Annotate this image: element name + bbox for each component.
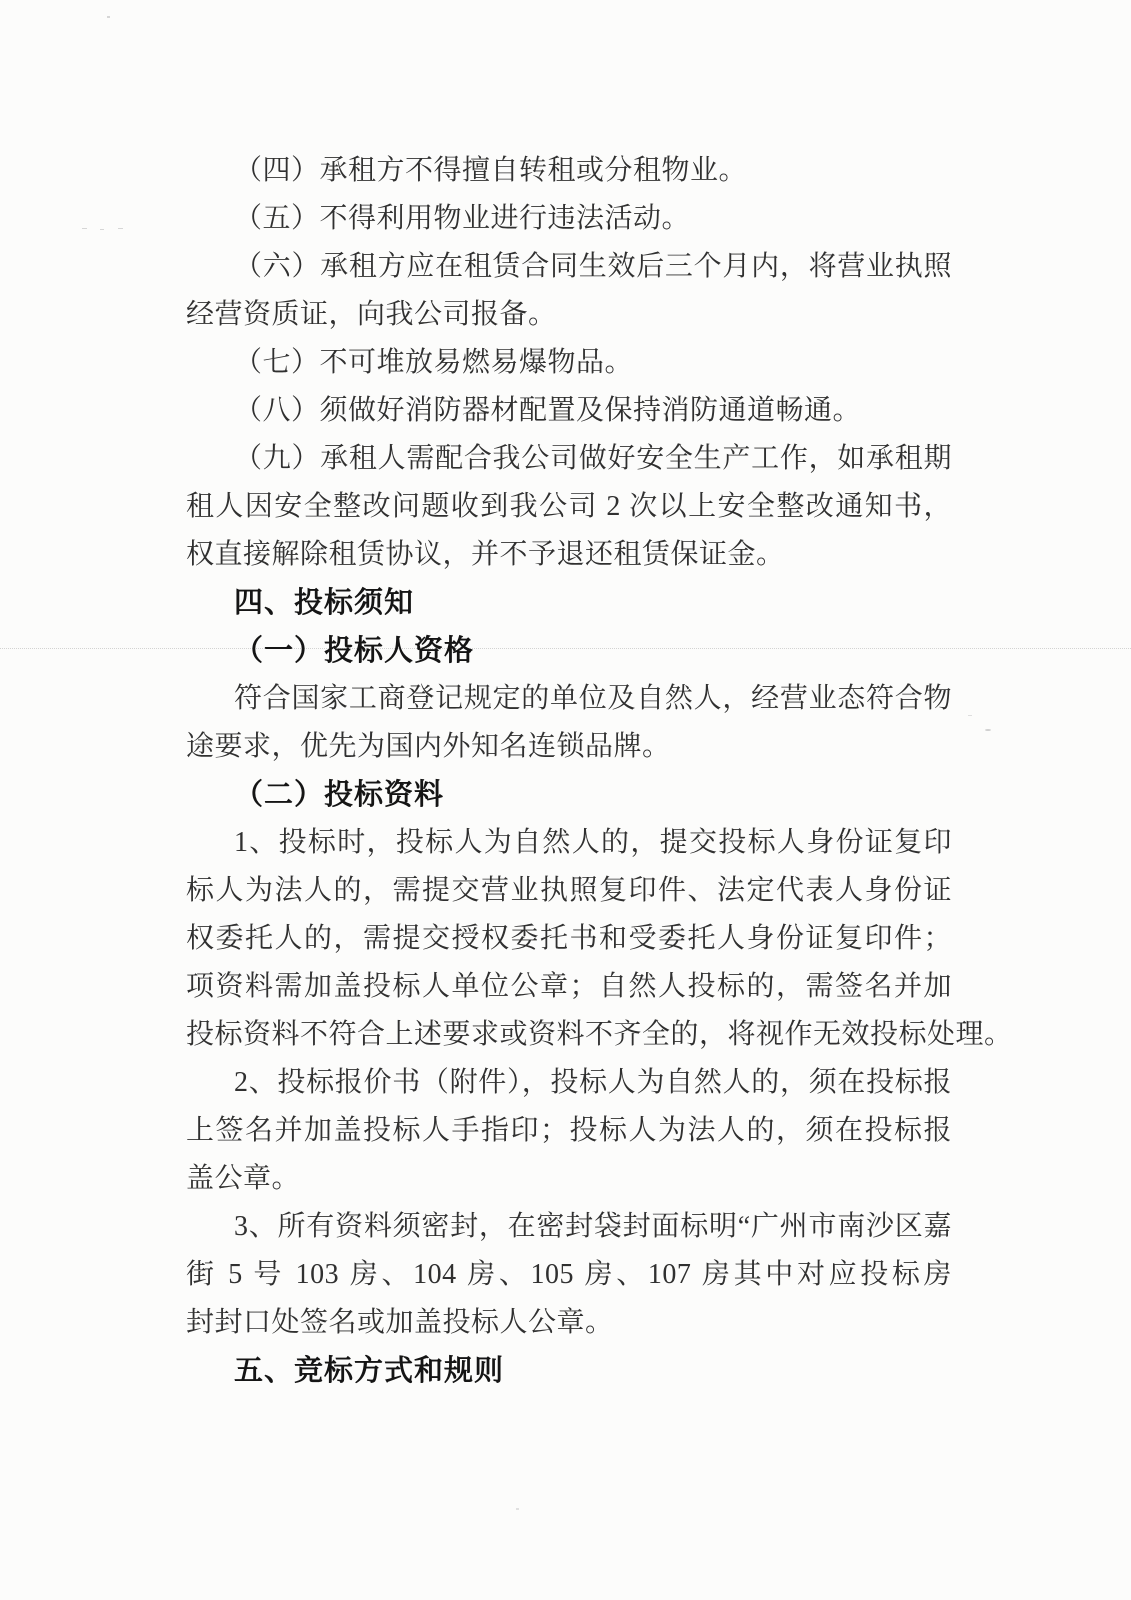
subsection-heading-1: （一）投标人资格 <box>186 627 952 675</box>
bid-material-item-2-cont: 上签名并加盖投标人手指印；投标人为法人的，须在投标报价书上加 <box>186 1107 952 1155</box>
bid-material-item-1-cont: 项资料需加盖投标人单位公章；自然人投标的，需签名并加盖手指印。 <box>186 963 952 1011</box>
clause-item-9-cont: 权直接解除租赁协议，并不予退还租赁保证金。 <box>186 531 952 579</box>
section-heading-5: 五、竞标方式和规则 <box>186 1347 952 1395</box>
clause-item-5: （五）不得利用物业进行违法活动。 <box>186 195 952 243</box>
bid-material-item-3-cont: 封封口处签名或加盖投标人公章。 <box>186 1299 952 1347</box>
clause-item-4: （四）承租方不得擅自转租或分租物业。 <box>186 147 952 195</box>
scan-speck <box>100 229 104 230</box>
clause-item-8: （八）须做好消防器材配置及保持消防通道畅通。 <box>186 387 952 435</box>
scan-speck <box>107 16 110 18</box>
bidder-qualification: 符合国家工商登记规定的单位及自然人，经营业态符合物业用 <box>186 675 952 723</box>
scanned-page: （四）承租方不得擅自转租或分租物业。 （五）不得利用物业进行违法活动。 （六）承… <box>0 0 1131 1600</box>
scan-speck <box>82 228 87 229</box>
clause-item-7: （七）不可堆放易燃易爆物品。 <box>186 339 952 387</box>
bid-material-item-1-cont: 投标资料不符合上述要求或资料不齐全的，将视作无效投标处理。 <box>186 1011 952 1059</box>
clause-item-9-cont: 租人因安全整改问题收到我公司 2 次以上安全整改通知书，我公司有 <box>186 483 952 531</box>
bid-material-item-1: 1、投标时，投标人为自然人的，提交投标人身份证复印件；投 <box>186 819 952 867</box>
bidder-qualification-cont: 途要求，优先为国内外知名连锁品牌。 <box>186 723 952 771</box>
subsection-heading-2: （二）投标资料 <box>186 771 952 819</box>
section-heading-4: 四、投标须知 <box>186 579 952 627</box>
document-content: （四）承租方不得擅自转租或分租物业。 （五）不得利用物业进行违法活动。 （六）承… <box>186 147 952 1395</box>
scan-speck <box>968 715 972 716</box>
clause-item-6-cont: 经营资质证，向我公司报备。 <box>186 291 952 339</box>
bid-material-item-1-cont: 权委托人的，需提交授权委托书和受委托人身份证复印件；以上每一 <box>186 915 952 963</box>
bid-material-item-3-cont: 街 5 号 103 房、104 房、105 房、107 房其中对应投标房号”，在… <box>186 1251 952 1299</box>
clause-item-6: （六）承租方应在租赁合同生效后三个月内，将营业执照及相关 <box>186 243 952 291</box>
clause-item-9: （九）承租人需配合我公司做好安全生产工作，如承租期间，承 <box>186 435 952 483</box>
bid-material-item-2-cont: 盖公章。 <box>186 1155 952 1203</box>
bid-material-item-1-cont: 标人为法人的，需提交营业执照复印件、法定代表人身份证明；属授 <box>186 867 952 915</box>
scan-speck <box>516 1508 519 1510</box>
bid-material-item-3: 3、所有资料须密封，在密封袋封面标明“广州市南沙区嘉言三 <box>186 1203 952 1251</box>
scan-speck <box>118 228 123 229</box>
scan-speck <box>985 729 991 731</box>
bid-material-item-2: 2、投标报价书（附件），投标人为自然人的，须在投标报价书 <box>186 1059 952 1107</box>
